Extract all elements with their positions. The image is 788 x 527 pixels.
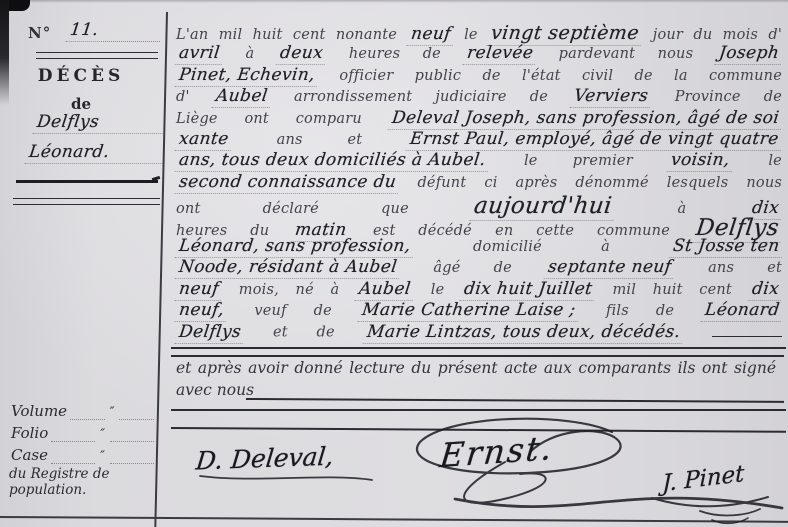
ditto-mark: ″ [108,405,117,420]
handwritten-entry: Aubel [355,279,415,301]
printed-form-text: arrondissement judiciaire de [294,89,548,105]
act-number-value: 11. [66,20,103,42]
handwritten-entry: Joseph [715,43,784,65]
dotted-fill-line [51,449,95,464]
deceased-firstname: Léonard. [25,142,166,164]
act-line: avril à deux heures de relevée pardevant… [176,43,782,64]
handwritten-entry: voisin, [667,150,734,172]
act-line: ans, tous deux domiciliés à Aubel. le pr… [176,150,782,171]
printed-form-text: Liège ont comparu [176,111,362,127]
printed-form-text: L'an mil huit cent nonante [176,27,397,43]
dotted-fill-line [119,405,154,420]
handwritten-entry: Ernst Paul, employé, âgé de vingt quatre [406,129,783,151]
register-row-volume: Volume ″ [11,402,157,420]
act-line: xante ans et Ernst Paul, employé, âgé de… [176,129,782,150]
deces-of-label: de [0,95,162,113]
handwritten-entry: Pinet, Echevin, [175,65,320,87]
printed-form-text: défunt ci après dénommé lesquels nous [417,175,782,191]
ditto-mark: ″ [98,449,107,464]
printed-form-text: veuf de [254,303,332,319]
handwritten-entry: xante [175,129,233,151]
act-line: Pinet, Echevin, officier public de l'éta… [176,65,782,86]
separator-rule [171,427,786,432]
printed-form-text: à [245,46,254,62]
printed-form-text: pardevant nous [559,46,694,62]
handwritten-entry: Delflys [175,322,246,344]
separator-rule [171,347,786,349]
deceased-surname: Delflys [33,112,166,134]
handwritten-entry: Noode, résidant à Aubel [175,257,402,279]
act-number-row: N° 11. [28,20,160,42]
printed-form-text: le [768,153,782,169]
act-number-label: N° [28,24,51,42]
ditto-mark: ″ [98,427,107,442]
handwritten-entry: neuf [175,279,224,301]
margin-column: N° 11. DÉCÈS de Delflys Léonard. Volume … [0,0,162,527]
register-label: Folio [11,424,48,442]
act-line: Léonard, sans profession, domicilié à St… [176,236,782,257]
blank-fill-line [712,321,782,336]
printed-form-text: et de [273,325,335,341]
handwritten-entry: Aubel [212,86,272,108]
handwritten-entry: Léonard, sans profession, [175,236,415,258]
register-caption: du Registre de population. [9,466,162,498]
handwritten-entry: Verviers [570,86,653,108]
printed-form-text: le [431,282,445,298]
handwritten-entry: deux [276,43,328,65]
act-body: L'an mil huit cent nonante neuf le vingt… [176,22,782,343]
printed-form-text: fils de [606,303,674,319]
handwritten-entry: Léonard [700,300,783,322]
act-line: second connaissance du défunt ci après d… [176,172,782,193]
printed-form-text: Province de [675,89,782,105]
register-label: Case [11,446,48,464]
dotted-fill-line [101,21,160,42]
signature-ernst: Ernst. [438,428,556,475]
closing-formula: et après avoir donné lecture du présent … [176,359,776,377]
dotted-fill-line [51,427,95,442]
signature-fill-line [246,398,784,402]
act-line: Noode, résidant à Aubel âgé de septante … [176,257,782,278]
printed-form-text: jour du mois d' [653,27,782,43]
handwritten-entry: second connaissance du [175,172,401,194]
printed-form-text: ans et [708,260,782,276]
printed-form-text: mil huit cent [612,282,732,298]
deces-title: DÉCÈS [0,66,162,86]
handwritten-entry: dix huit Juillet [460,279,597,301]
handwritten-entry: septante neuf [544,257,676,279]
handwritten-entry: Marie Lintzas, tous deux, décédés. [362,322,684,344]
register-row-case: Case ″ [11,446,157,464]
printed-form-text: âgé de [433,260,512,276]
double-rule [36,52,158,59]
closing-avec-nous: avec nous [176,381,254,399]
act-line: ont déclaré que aujourd'hui à dix [176,193,782,214]
death-certificate-scan: N° 11. DÉCÈS de Delflys Léonard. Volume … [0,0,788,527]
register-label: Volume [11,402,67,420]
act-line: neuf mois, né à Aubel le dix huit Juille… [176,279,782,300]
act-line: neuf, veuf de Marie Catherine Laise ; fi… [176,300,782,321]
handwritten-entry: Deleval Joseph, sans profession, âgé de … [388,108,784,130]
handwritten-entry: neuf [406,24,455,46]
handwritten-entry: aujourd'hui [470,193,617,221]
dotted-fill-line [110,427,154,442]
register-row-folio: Folio ″ [11,424,157,442]
handwritten-entry: neuf, [175,300,229,322]
act-line: Liège ont comparu Deleval Joseph, sans p… [176,108,782,129]
printed-form-text: mois, né à [239,282,340,298]
printed-form-text: le premier [524,153,633,169]
signature-pinet: J. Pinet [662,461,744,497]
signature-deleval: D. Deleval, [195,442,336,476]
double-rule [13,198,160,205]
handwritten-entry: dix [748,279,784,301]
handwritten-entry: ans, tous deux domiciliés à Aubel. [175,150,490,172]
printed-form-text: officier public de l'état civil de la co… [339,68,782,84]
printed-form-text: le [464,27,478,43]
dotted-fill-line [70,405,105,420]
dotted-fill-line [110,449,154,464]
printed-form-text: d' [176,89,190,105]
printed-form-text: domicilié à [473,239,610,255]
act-line: Delflys et de Marie Lintzas, tous deux, … [176,321,782,342]
separator-rule [171,409,786,411]
handwritten-entry: Marie Catherine Laise ; [358,300,580,322]
handwritten-entry: St Josse ten [668,236,783,258]
handwritten-entry: relevée [462,43,537,65]
separator-rule [171,355,784,357]
printed-form-text: heures de [349,46,441,62]
printed-form-text: ans et [277,132,363,148]
thick-rule [16,180,158,183]
handwritten-entry: avril [175,43,224,65]
act-line: d' Aubel arrondissement judiciaire de Ve… [176,86,782,107]
act-line: L'an mil huit cent nonante neuf le vingt… [176,22,782,43]
